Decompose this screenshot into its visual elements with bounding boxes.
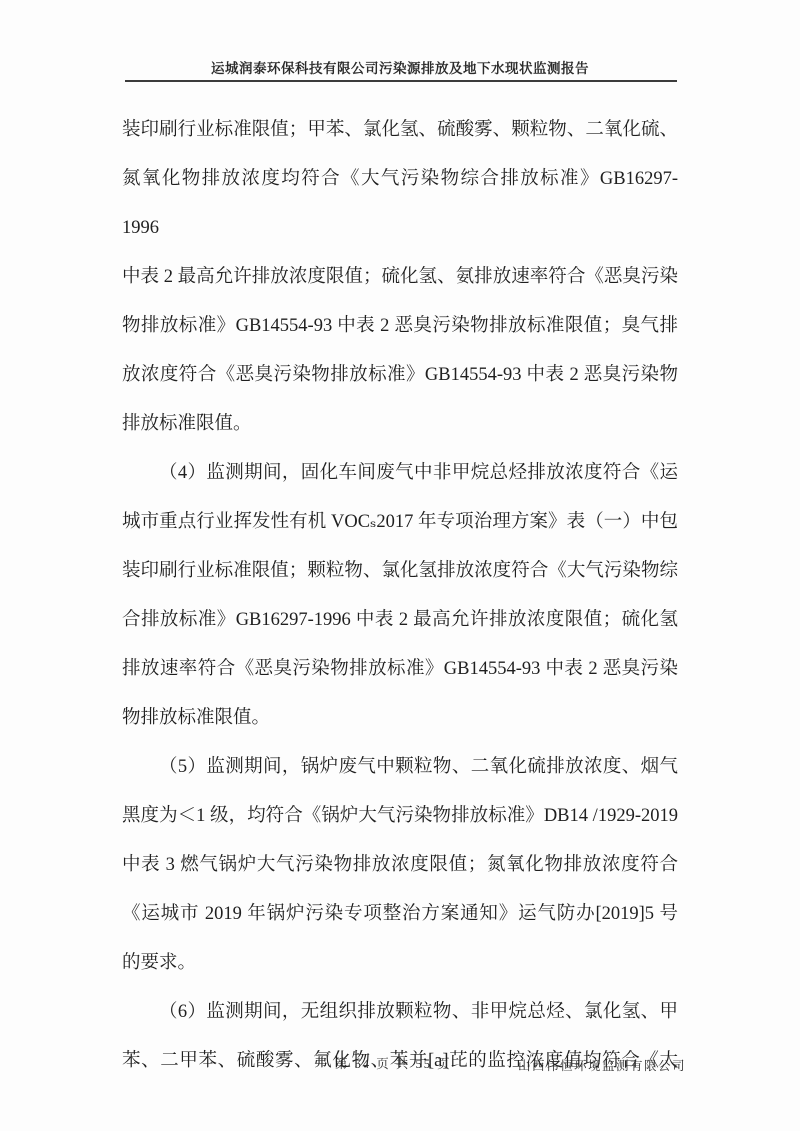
body-line: 排放标准限值。 [122,400,678,449]
footer-company-name: 山西伟恒环境监测有限公司 [518,1056,686,1074]
body-line: （6）监测期间，无组织排放颗粒物、非甲烷总烃、氯化氢、甲 [122,988,678,1037]
body-line: 的要求。 [122,939,678,988]
body-line: 黑度为＜1 级，均符合《锅炉大气污染物排放标准》DB14 /1929-2019 [122,792,678,841]
body-line: 中表 2 最高允许排放浓度限值；硫化氢、氨排放速率符合《恶臭污染 [122,253,678,302]
header-rule [125,80,677,82]
body-line: 《运城市 2019 年锅炉污染专项整治方案通知》运气防办[2019]5 号 [122,890,678,939]
paragraph: 装印刷行业标准限值；甲苯、氯化氢、硫酸雾、颗粒物、二氧化硫、氮氧化物排放浓度均符… [122,106,678,449]
body-line: 氮氧化物排放浓度均符合《大气污染物综合排放标准》GB16297-1996 [122,155,678,253]
body-line: 排放速率符合《恶臭污染物排放标准》GB14554-93 中表 2 恶臭污染 [122,645,678,694]
body-line: （5）监测期间，锅炉废气中颗粒物、二氧化硫排放浓度、烟气 [122,743,678,792]
body-line: 装印刷行业标准限值；甲苯、氯化氢、硫酸雾、颗粒物、二氧化硫、 [122,106,678,155]
document-body: 装印刷行业标准限值；甲苯、氯化氢、硫酸雾、颗粒物、二氧化硫、氮氧化物排放浓度均符… [122,106,678,1086]
report-header-title: 运城润泰环保科技有限公司污染源排放及地下水现状监测报告 [0,57,800,77]
body-line: 中表 3 燃气锅炉大气污染物排放浓度限值；氮氧化物排放浓度符合 [122,841,678,890]
body-line: 合排放标准》GB16297-1996 中表 2 最高允许排放浓度限值；硫化氢 [122,596,678,645]
paragraph: （4）监测期间，固化车间废气中非甲烷总烃排放浓度符合《运城市重点行业挥发性有机 … [122,449,678,743]
page-footer: 第 54 页 共 55 页 山西伟恒环境监测有限公司 [0,1048,800,1080]
body-line: 放浓度符合《恶臭污染物排放标准》GB14554-93 中表 2 恶臭污染物 [122,351,678,400]
body-line: 城市重点行业挥发性有机 VOCₛ2017 年专项治理方案》表（一）中包 [122,498,678,547]
document-page: 运城润泰环保科技有限公司污染源排放及地下水现状监测报告 装印刷行业标准限值；甲苯… [0,0,800,1131]
body-line: 装印刷行业标准限值；颗粒物、氯化氢排放浓度符合《大气污染物综 [122,547,678,596]
body-line: 物排放标准限值。 [122,694,678,743]
body-line: 物排放标准》GB14554-93 中表 2 恶臭污染物排放标准限值；臭气排 [122,302,678,351]
page-number: 第 54 页 共 55 页 [335,1054,452,1072]
paragraph: （5）监测期间，锅炉废气中颗粒物、二氧化硫排放浓度、烟气黑度为＜1 级，均符合《… [122,743,678,988]
body-line: （4）监测期间，固化车间废气中非甲烷总烃排放浓度符合《运 [122,449,678,498]
